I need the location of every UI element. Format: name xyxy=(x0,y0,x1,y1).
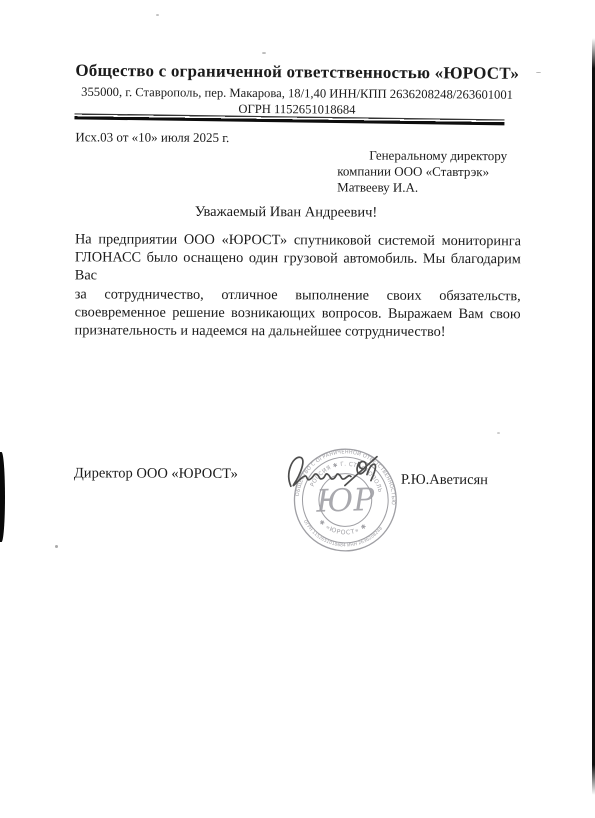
signature-stroke xyxy=(345,457,377,486)
scan-speck xyxy=(262,52,266,54)
recipient-block: Генеральному директору компании ООО «Ста… xyxy=(337,147,507,196)
letter-content: Общество с ограниченной ответственностью… xyxy=(0,0,595,818)
signature-position-title: Директор ООО «ЮРОСТ» xyxy=(74,465,238,483)
body-line: за сотрудничество, отличное выполнение с… xyxy=(75,285,521,305)
signature-stroke xyxy=(367,464,376,480)
handwritten-signature-svg xyxy=(285,449,389,491)
salutation: Уважаемый Иван Андреевич! xyxy=(55,203,517,222)
body-line: своевременное решение возникающих вопрос… xyxy=(75,303,521,323)
outgoing-reference: Исх.03 от «10» июля 2025 г. xyxy=(75,129,229,146)
signatory-name: Р.Ю.Аветисян xyxy=(401,472,488,489)
recipient-line: Матвееву И.А. xyxy=(337,180,507,197)
body-line: ГЛОНАСС было оснащено один грузовой авто… xyxy=(75,249,521,287)
scan-speck xyxy=(536,72,541,73)
letter-body-paragraph: На предприятии ООО «ЮРОСТ» спутниковой с… xyxy=(75,230,521,341)
company-name-title: Общество с ограниченной ответственностью… xyxy=(60,61,535,84)
recipient-line: компании ООО «Ставтрэк» xyxy=(337,164,507,181)
body-line: На предприятии ООО «ЮРОСТ» спутниковой с… xyxy=(75,230,521,250)
body-line: признательность и надеемся на дальнейшее… xyxy=(75,321,521,341)
scanned-letter-page: Общество с ограниченной ответственностью… xyxy=(0,0,595,818)
signature-stroke xyxy=(289,457,351,486)
recipient-line: Генеральному директору xyxy=(369,148,507,165)
handwritten-signature xyxy=(285,449,389,491)
scan-speck xyxy=(55,545,58,548)
letterhead: Общество с ограниченной ответственностью… xyxy=(59,61,534,119)
scan-speck xyxy=(156,14,159,16)
scan-speck xyxy=(497,432,500,434)
